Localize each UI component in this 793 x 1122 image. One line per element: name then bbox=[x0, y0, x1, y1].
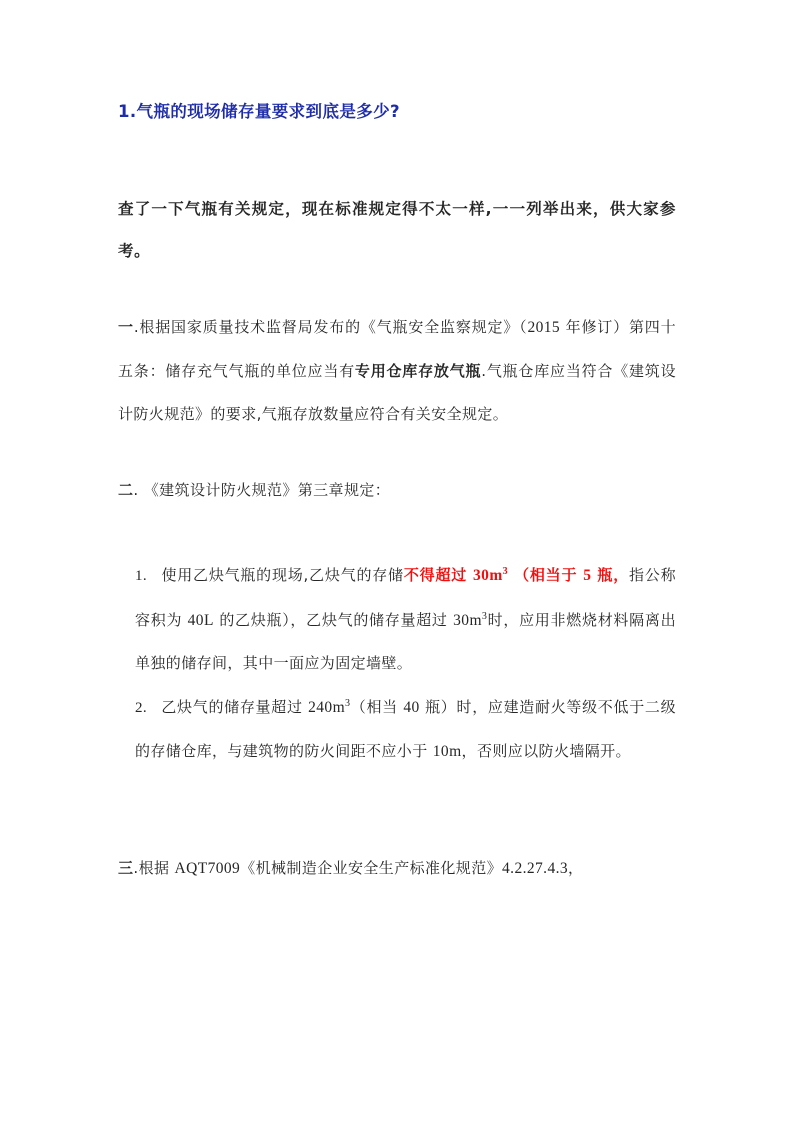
text-run: 40 bbox=[403, 699, 419, 716]
text-run: 的乙炔瓶），乙炔气的储存量超过 bbox=[214, 611, 453, 629]
text-run: 二 bbox=[118, 481, 133, 499]
regulation-list-item: 1.使用乙炔气瓶的现场,乙炔气的存储不得超过 30m3 （相当于 5 瓶，指公称… bbox=[135, 554, 676, 686]
text-run: .根据国家质量技术监督局发布的《气瓶安全监察规定》（ bbox=[134, 318, 528, 336]
text-run: .根据 bbox=[133, 859, 174, 877]
section-3-paragraph: 三.根据 AQT7009《机械制造企业安全生产标准化规范》4.2.27.4.3， bbox=[118, 847, 676, 891]
regulation-list-item: 2.乙炔气的储存量超过 240m3（相当 40 瓶）时，应建造耐火等级不低于二级… bbox=[135, 686, 676, 774]
section-2-paragraph: 二. 《建筑设计防火规范》第三章规定： bbox=[118, 469, 676, 513]
text-run: 三 bbox=[118, 859, 133, 877]
text-run: （相当于 bbox=[508, 566, 583, 584]
intro-paragraph: 查了一下气瓶有关规定，现在标准规定得不太一样,一一列举出来，供大家参考。 bbox=[118, 188, 676, 272]
document-page: 1.气瓶的现场储存量要求到底是多少? 查了一下气瓶有关规定，现在标准规定得不太一… bbox=[0, 0, 793, 1122]
list-item-marker: 2. bbox=[135, 700, 147, 716]
text-run: 10m bbox=[433, 743, 462, 760]
article-title: 1.气瓶的现场储存量要求到底是多少? bbox=[118, 100, 676, 124]
text-run: 一 bbox=[118, 318, 134, 336]
text-run: 瓶， bbox=[591, 566, 629, 584]
text-run: 4.2.27.4.3 bbox=[502, 860, 568, 877]
text-run: 2015 bbox=[527, 319, 560, 336]
text-run: 240m bbox=[308, 699, 345, 716]
section-1-paragraph: 一.根据国家质量技术监督局发布的《气瓶安全监察规定》（2015 年修订）第四十五… bbox=[118, 306, 676, 437]
text-run: 使用乙炔气瓶的现场,乙炔气的存储 bbox=[161, 566, 404, 584]
text-run: 专用仓库存放气瓶 bbox=[355, 362, 481, 380]
text-run: 不得超过 bbox=[404, 566, 473, 584]
text-run: 《机械制造企业安全生产标准化规范》 bbox=[240, 859, 502, 877]
list-item-marker: 1. bbox=[135, 568, 147, 584]
regulation-list: 1.使用乙炔气瓶的现场,乙炔气的存储不得超过 30m3 （相当于 5 瓶，指公称… bbox=[135, 554, 676, 774]
text-run: . 《建筑设计防火规范》第三章规定： bbox=[133, 481, 390, 499]
text-run: AQT7009 bbox=[175, 860, 241, 877]
text-run: 乙炔气的储存量超过 bbox=[161, 698, 308, 716]
text-run: 30m bbox=[473, 567, 503, 584]
text-run: 30m bbox=[453, 612, 482, 629]
text-run: ，否则应以防火墙隔开。 bbox=[462, 742, 631, 760]
text-run: ， bbox=[568, 859, 583, 877]
text-run: 40L bbox=[188, 612, 214, 629]
text-run: （相当 bbox=[350, 698, 403, 716]
